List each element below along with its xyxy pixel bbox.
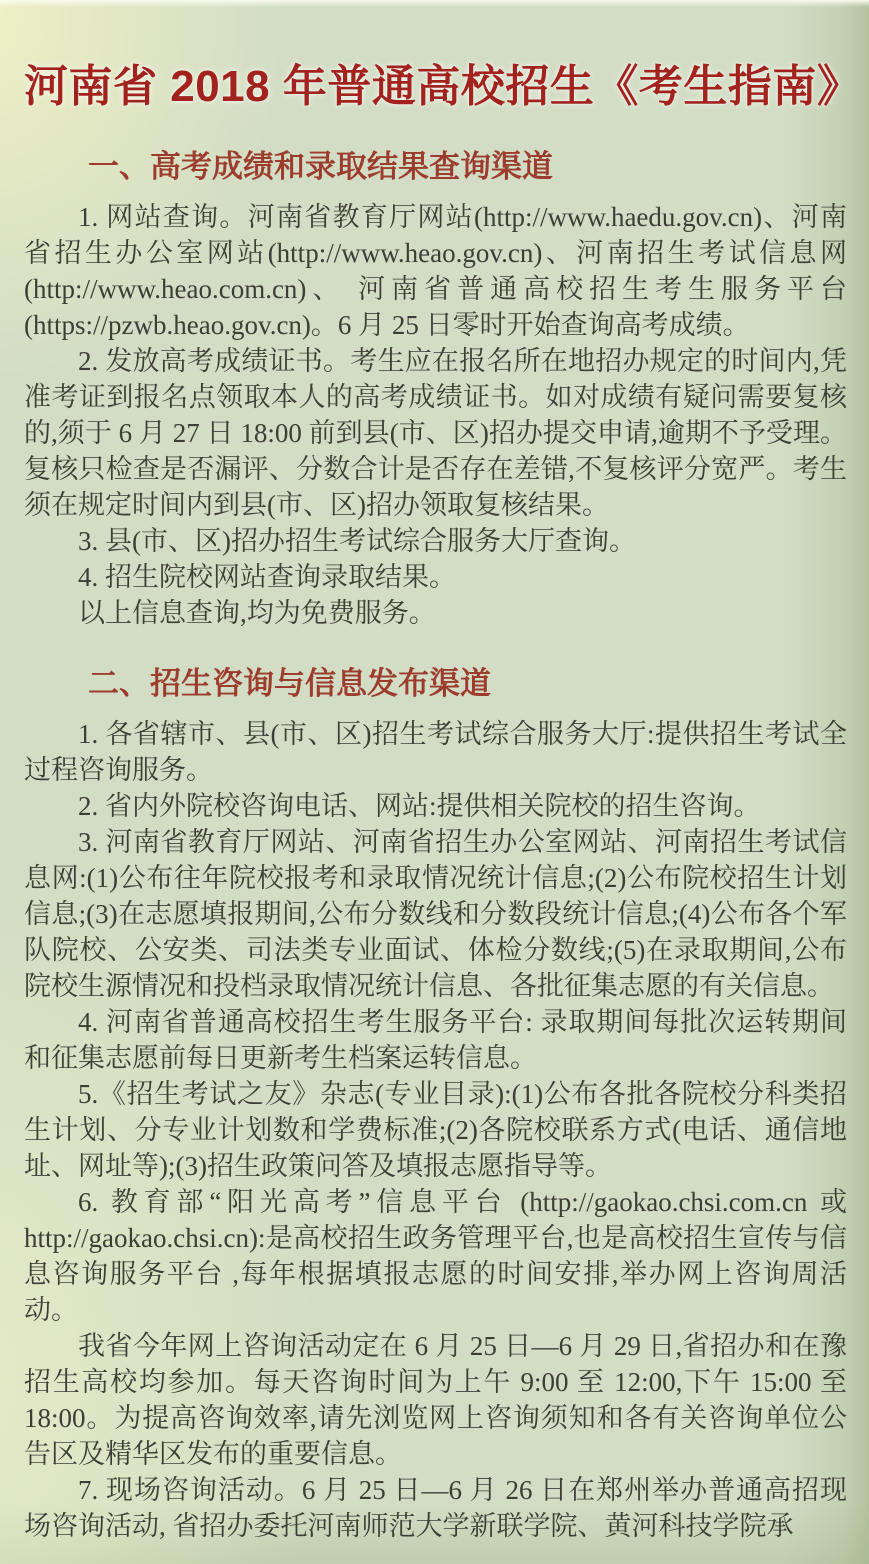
s2-paragraph-2: 2. 省内外院校咨询电话、网站:提供相关院校的招生咨询。 (24, 788, 847, 824)
section-2-heading: 二、招生咨询与信息发布渠道 (88, 658, 847, 703)
s2-paragraph-1: 1. 各省辖市、县(市、区)招生考试综合服务大厅:提供招生考试全过程咨询服务。 (24, 716, 847, 788)
s1-paragraph-1: 1. 网站查询。河南省教育厅网站(http://www.haedu.gov.cn… (24, 199, 847, 343)
section-1-heading: 一、高考成绩和录取结果查询渠道 (88, 141, 847, 186)
s2-paragraph-4: 4. 河南省普通高校招生考生服务平台: 录取期间每批次运转期间和征集志愿前每日更… (24, 1004, 847, 1076)
document-title: 河南省 2018 年普通高校招生《考生指南》 (24, 0, 847, 114)
s2-paragraph-7: 我省今年网上咨询活动定在 6 月 25 日—6 月 29 日,省招办和在豫招生高… (24, 1328, 847, 1472)
s1-closing-note: 以上信息查询,均为免费服务。 (24, 595, 847, 631)
s1-paragraph-2: 2. 发放高考成绩证书。考生应在报名所在地招办规定的时间内,凭准考证到报名点领取… (24, 343, 847, 523)
s2-paragraph-6: 6. 教育部“阳光高考”信息平台 (http://gaokao.chsi.com… (24, 1184, 847, 1328)
s2-paragraph-5: 5.《招生考试之友》杂志(专业目录):(1)公布各批各院校分科类招生计划、分专业… (24, 1076, 847, 1184)
s2-paragraph-3: 3. 河南省教育厅网站、河南省招生办公室网站、河南招生考试信息网:(1)公布往年… (24, 824, 847, 1004)
s1-paragraph-3: 3. 县(市、区)招办招生考试综合服务大厅查询。 (24, 523, 847, 559)
s2-paragraph-8: 7. 现场咨询活动。6 月 25 日—6 月 26 日在郑州举办普通高招现场咨询… (24, 1472, 847, 1544)
s1-paragraph-4: 4. 招生院校网站查询录取结果。 (24, 559, 847, 595)
document-page: 河南省 2018 年普通高校招生《考生指南》 一、高考成绩和录取结果查询渠道 1… (0, 0, 869, 1564)
